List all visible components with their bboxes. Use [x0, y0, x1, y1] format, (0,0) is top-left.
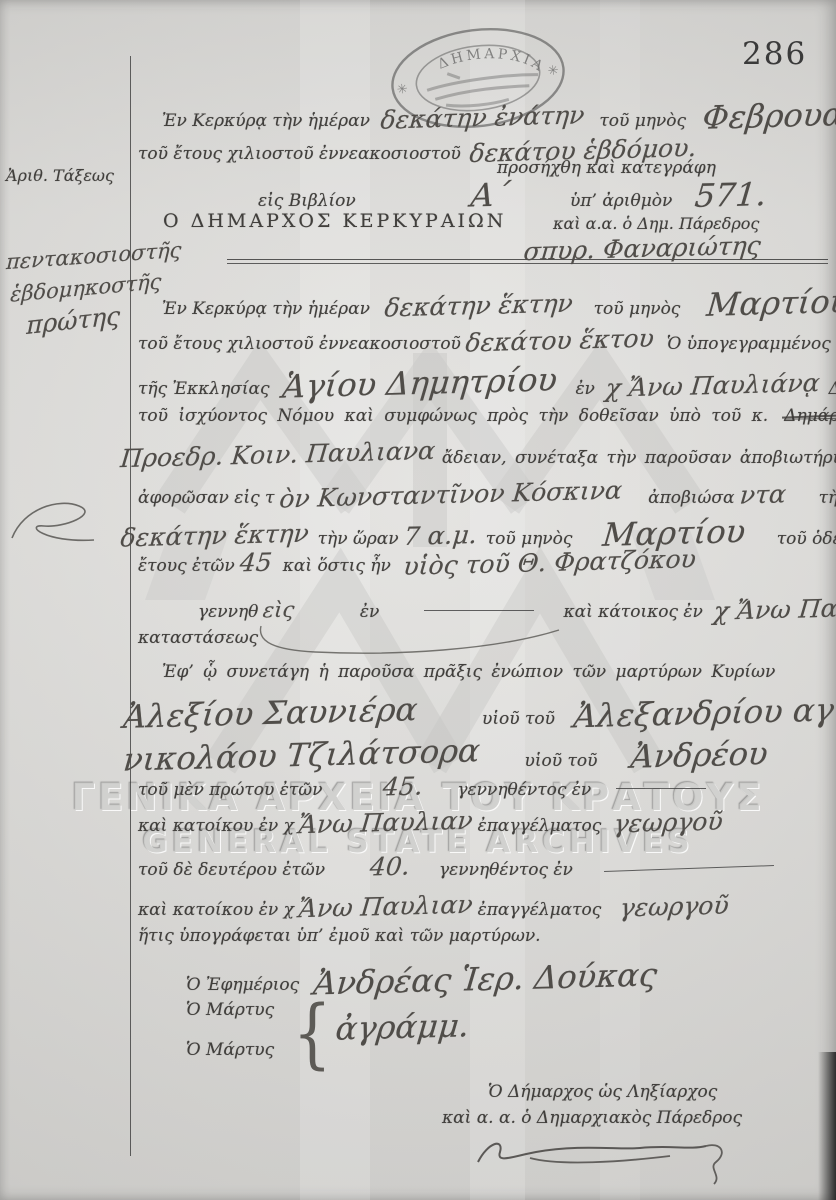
- printed-text: τοῦ ἔτους χιλιοστοῦ ἐννεακοσιοστοῦ: [138, 144, 461, 164]
- priest-label: Ὁ Ἐφημέριος: [186, 975, 299, 995]
- registration-book-line: εἰς Βιβλίον Α΄ ὑπ’ ἀριθμὸν 571.: [258, 176, 767, 214]
- blank-dash: [616, 788, 706, 789]
- printed-text: ἐπαγγέλματος: [478, 816, 602, 836]
- handwritten-witness1-name: Ἀλεξίου Σαυνιέρα: [122, 690, 419, 736]
- blank-flourish: [255, 612, 565, 658]
- printed-text: ἄδειαν, συνέταξα τὴν παροῦσαν ἀποβιωτήρι…: [442, 448, 836, 468]
- handwritten-number: 571.: [693, 175, 768, 215]
- handwritten-day: δεκάτην ἕκτην: [383, 289, 574, 323]
- printed-text: καὶ ὅστις ἦν: [283, 556, 391, 576]
- mayor-heading: Ο ΔΗΜΑΡΧΟΣ ΚΕΡΚΥΡΑΙΩΝ: [163, 210, 506, 232]
- witness1-label: Ὁ Μάρτυς: [186, 1000, 274, 1020]
- registration-note: προσήχθη καὶ κατεγράφη: [497, 158, 716, 178]
- priest-signature-line: Ὁ Ἐφημέριος Ἀνδρέας Ἱερ. Δούκας: [186, 960, 657, 998]
- printed-text: ἔτους ἐτῶν: [138, 556, 235, 576]
- printed-text: εἰς Βιβλίον: [258, 191, 356, 211]
- witness2-residence-line: καὶ κατοίκου ἐν χ Ἄνω Παυλιαν ἐπαγγέλματ…: [138, 892, 729, 921]
- handwritten-month: Μαρτίου: [705, 282, 836, 324]
- printed-text: τοῦ δὲ δευτέρου ἐτῶν: [138, 860, 325, 880]
- witness1-details-line: τοῦ μὲν πρώτου ἐτῶν 45. γεννηθέντος ἐν: [138, 772, 706, 801]
- registration-line-1: Ἐν Κερκύρᾳ τὴν ἡμέραν δεκάτην ἐνάτην τοῦ…: [162, 96, 836, 134]
- page-edge-shadow: [818, 1052, 836, 1200]
- handwritten-residence: χ Ἄνω Παυλιάνᾳ: [712, 591, 836, 626]
- blank-dash: [424, 610, 534, 611]
- printed-text: τοῦ μηνὸς: [594, 299, 681, 319]
- act-line-6: ἀφορῶσαν εἰς τ ὸν Κωνσταντῖνον Κόσκινα ἀ…: [138, 480, 836, 509]
- handwritten-witness2-age: 40.: [369, 851, 412, 881]
- printed-text: Ἐν Κερκύρᾳ τὴν ἡμέραν: [162, 299, 370, 319]
- act-line-10: καταστάσεως: [138, 628, 258, 648]
- printed-text: Ὁ ὑπογεγραμμένος Ἐφημέριος: [667, 334, 836, 354]
- printed-text: τοῦ μηνὸς: [599, 111, 686, 131]
- act-line-8: ἔτους ἐτῶν 45 καὶ ὅστις ἦν υἱὸς τοῦ Θ. Φ…: [138, 548, 695, 577]
- printed-text: γεννηθ: [198, 602, 258, 622]
- scanned-death-record-page: ΓΕΝΙΚΑ ΑΡΧΕΙΑ ΤΟΥ ΚΡΑΤΟΥΣ GENERAL STATE …: [0, 0, 836, 1200]
- printed-text: καὶ κατοίκου ἐν χ: [138, 900, 294, 920]
- handwritten-book: Α΄: [469, 175, 512, 214]
- margin-hw-line-1: πεντακοσιοστῆς: [6, 238, 182, 274]
- printed-text: τοῦ ἰσχύοντος Νόμου καὶ συμφώνως πρὸς τὴ…: [138, 406, 768, 426]
- handwritten-witness2-place: Ἄνω Παυλιαν: [297, 890, 474, 924]
- deputy-label: καὶ α.α. ὁ Δημ. Πάρεδρος: [553, 214, 759, 233]
- handwritten-deceased-name: ὸν Κωνσταντῖνον Κόσκινα: [278, 476, 623, 514]
- handwritten-hour: 7 α.μ.: [402, 520, 478, 551]
- act-line-4: τοῦ ἰσχύοντος Νόμου καὶ συμφώνως πρὸς τὴ…: [138, 406, 836, 426]
- printed-text: Ἐν Κερκύρᾳ τὴν ἡμέραν: [162, 111, 370, 131]
- witness-line-2: νικολάου Τζιλάτσορα υἱοῦ τοῦ Ἀνδρέου: [124, 736, 767, 774]
- act-line-1: Ἐν Κερκύρᾳ τὴν ἡμέραν δεκάτην ἕκτην τοῦ …: [162, 284, 836, 322]
- handwritten-age: 45: [238, 548, 273, 578]
- witness1-residence-line: καὶ κατοίκου ἐν χ Ἄνω Παυλιαν ἐπαγγέλματ…: [138, 808, 723, 837]
- handwritten-suffix: ντα: [738, 479, 787, 509]
- handwritten-day: δεκάτην ἐνάτην: [379, 100, 586, 134]
- blank-dash: [604, 865, 774, 872]
- printed-text: γεννηθέντος ἐν: [439, 860, 573, 880]
- printed-text: γεννηθέντος ἐν: [457, 780, 591, 800]
- handwritten-witness1-age: 45.: [381, 771, 424, 801]
- handwritten-place: χ Ἄνω Παυλιάνᾳ: [604, 368, 821, 403]
- struck-word: Δημάρχου: [784, 406, 836, 426]
- act-line-3: τῆς Ἐκκλησίας Ἁγίου Δημητρίου ἐν χ Ἄνω Π…: [138, 364, 836, 402]
- printed-text: τὴν ὥραν: [318, 529, 399, 549]
- margin-rule: [130, 56, 131, 1156]
- printed-text: Δυνάμει: [829, 379, 836, 399]
- priest-signature: Ἀνδρέας Ἱερ. Δούκας: [312, 956, 659, 1003]
- printed-text: τοῦ ἔτους χιλιοστοῦ ἐννεακοσιοστοῦ: [138, 334, 461, 354]
- stamp-star-right: ✳: [547, 63, 560, 79]
- handwritten-month: Φεβρουαρίου: [701, 93, 836, 137]
- mayor-signature: [470, 1122, 750, 1192]
- handwritten-witness2-profession: γεωργοῦ: [619, 891, 731, 923]
- handwritten-witness1-place: Ἄνω Παυλιαν: [297, 806, 474, 840]
- closing-line: ἥτις ὑπογράφεται ὑπ’ ἐμοῦ καὶ τῶν μαρτύρ…: [138, 926, 541, 946]
- printed-text: τοῦ μὲν πρώτου ἐτῶν: [138, 780, 322, 800]
- act-line-7: δεκάτην ἕκτην τὴν ὥραν 7 α.μ. τοῦ μηνὸς …: [121, 514, 836, 552]
- printed-text: ἐπαγγέλματος: [478, 900, 602, 920]
- printed-text: τοῦ ὁδεύοντος: [777, 529, 836, 549]
- handwritten-witness1-profession: γεωργοῦ: [613, 807, 725, 839]
- printed-text: καὶ κάτοικος ἐν: [563, 602, 702, 622]
- printed-text: τῆς Ἐκκλησίας: [138, 379, 270, 399]
- act-line-5: Προεδρ. Κοιν. Παυλιανα ἄδειαν, συνέταξα …: [121, 440, 836, 469]
- printed-text: τοῦ μηνὸς: [486, 529, 573, 549]
- act-line-11: Ἐφ’ ᾧ συνετάγη ἡ παροῦσα πρᾶξις ἐνώπιον …: [162, 662, 775, 682]
- footer-line-1: Ὁ Δήμαρχος ὡς Ληξίαρχος: [488, 1082, 717, 1102]
- handwritten-year: δεκάτου ἕκτου: [464, 324, 655, 358]
- witness2-details-line: τοῦ δὲ δευτέρου ἐτῶν 40. γεννηθέντος ἐν: [138, 852, 774, 881]
- printed-text: υἱοῦ τοῦ: [524, 751, 597, 771]
- handwritten-witness1-father: Ἀλεξανδρίου αγ: [572, 691, 836, 736]
- handwritten-witness2-father: Ἀνδρέου: [629, 734, 770, 776]
- printed-text: ἀποβιώσα: [648, 488, 734, 508]
- printed-text: ὑπ’ ἀριθμὸν: [570, 191, 672, 211]
- handwritten-church: Ἁγίου Δημητρίου: [280, 360, 558, 405]
- act-line-2: τοῦ ἔτους χιλιοστοῦ ἐννεακοσιοστοῦ δεκάτ…: [138, 326, 836, 355]
- witness-brace-icon: {: [293, 988, 332, 1077]
- margin-flourish: [4, 488, 129, 548]
- handwritten-parentage: υἱὸς τοῦ Θ. Φρατζόκου: [402, 544, 697, 581]
- handwritten-authority: Προεδρ. Κοιν. Παυλιανα: [119, 436, 436, 473]
- illiterate-note: ἀγράμμ.: [334, 1006, 471, 1047]
- margin-hw-line-3: πρώτης: [26, 301, 120, 340]
- printed-text: καὶ κατοίκου ἐν χ: [138, 816, 294, 836]
- printed-text: τὴν ἡμέραν: [819, 488, 836, 508]
- witness-line-1: Ἀλεξίου Σαυνιέρα υἱοῦ τοῦ Ἀλεξανδρίου αγ: [124, 694, 834, 732]
- witness2-label: Ὁ Μάρτυς: [186, 1040, 274, 1060]
- margin-order-label: Ἀριθ. Τάξεως: [6, 166, 114, 185]
- printed-text: ἀφορῶσαν εἰς τ: [138, 488, 274, 508]
- printed-text: ἐν: [575, 379, 594, 399]
- printed-text: υἱοῦ τοῦ: [482, 709, 555, 729]
- page-number: 286: [742, 36, 807, 72]
